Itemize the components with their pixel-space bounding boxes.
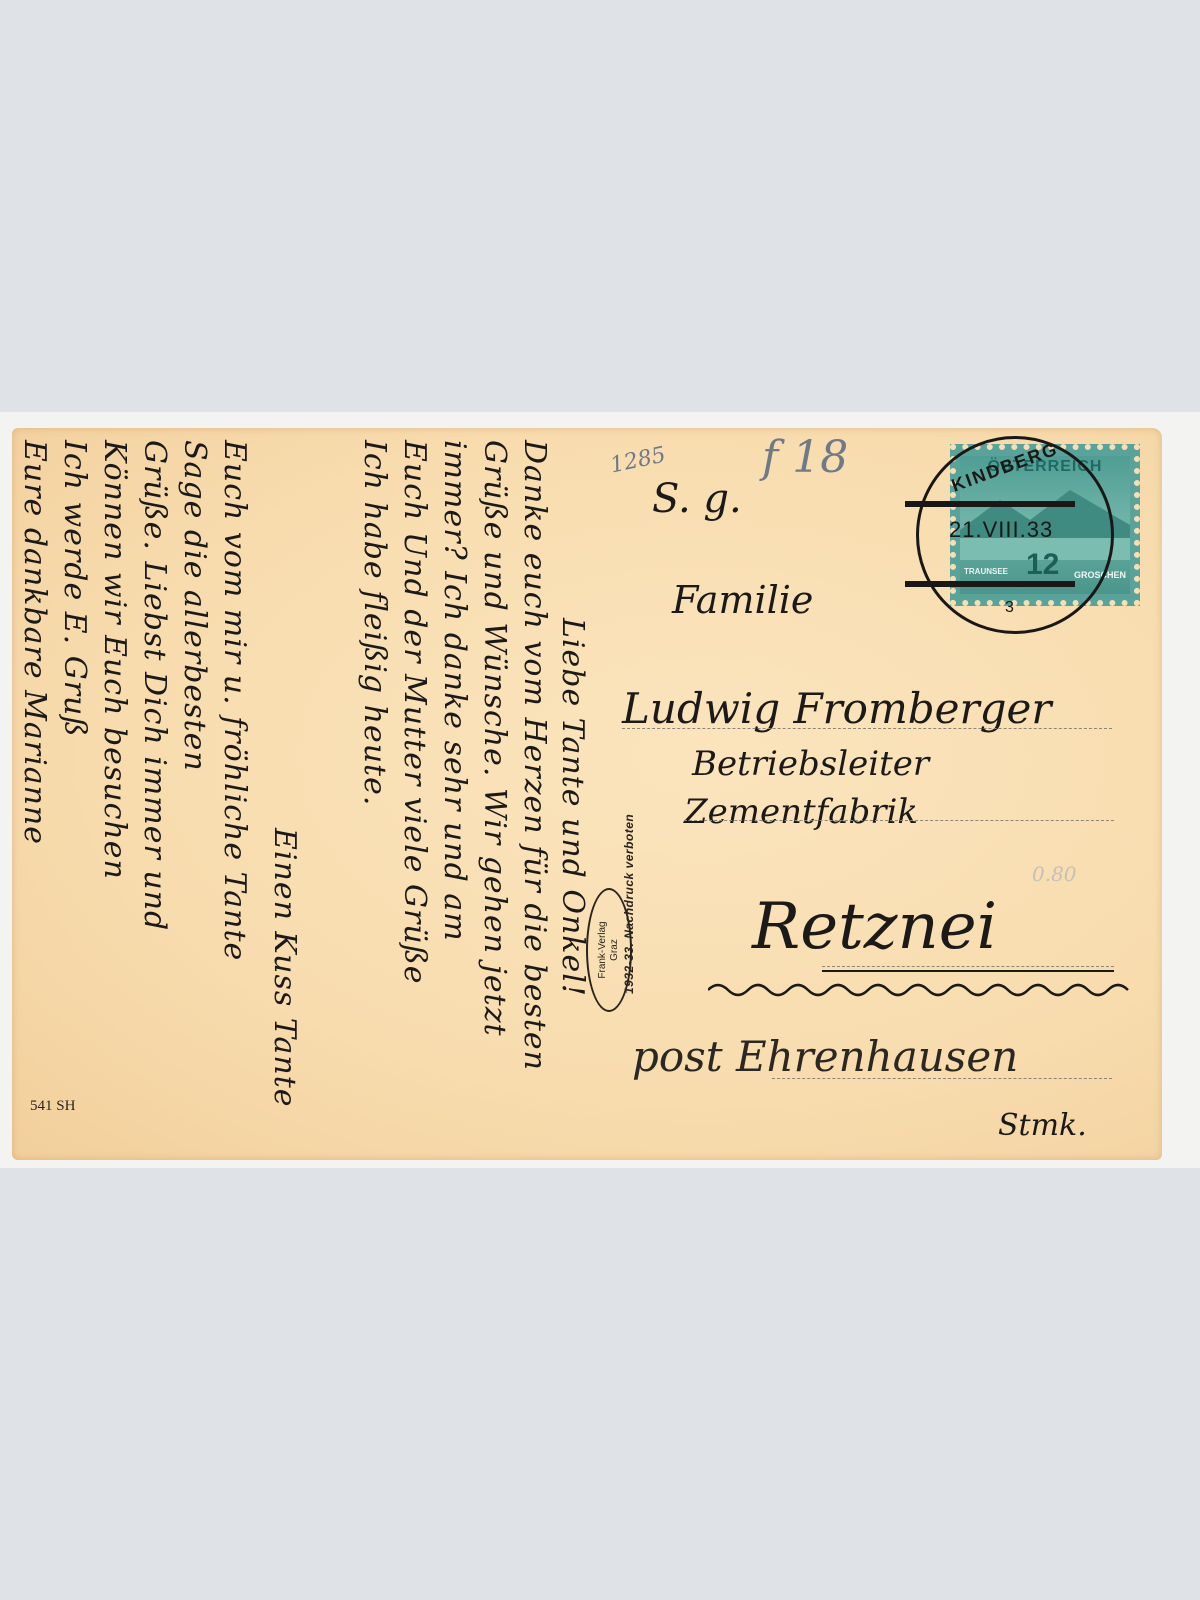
postmark-number: 3 bbox=[1005, 599, 1014, 617]
address-name: Ludwig Fromberger bbox=[622, 684, 1051, 733]
message-line: Sage die allerbesten bbox=[177, 440, 212, 772]
message-line: Liebe Tante und Onkel! bbox=[555, 618, 590, 997]
postmark-bar bbox=[905, 501, 1075, 507]
message-line: Grüße und Wünsche. Wir gehen jetzt bbox=[477, 440, 512, 1037]
message-line: Grüße. Liebst Dich immer und bbox=[137, 440, 172, 931]
address-family: Familie bbox=[672, 578, 813, 622]
message-line: immer? Ich danke sehr und am bbox=[437, 440, 472, 942]
address-town: Retznei bbox=[752, 890, 997, 964]
town-underline bbox=[822, 970, 1114, 972]
message-line: Können wir Euch besuchen bbox=[97, 440, 132, 880]
address-title: Betriebsleiter bbox=[692, 744, 929, 784]
publisher-city: Graz bbox=[609, 939, 621, 961]
address-line bbox=[822, 966, 1114, 967]
publisher-name: Frank-Verlag bbox=[597, 921, 609, 978]
postmark-bar bbox=[905, 581, 1075, 587]
address-line bbox=[622, 728, 1112, 729]
message-line: Ich habe fleißig heute. bbox=[357, 440, 392, 806]
message-line: Einen Kuss Tante bbox=[267, 828, 302, 1108]
address-workplace: Zementfabrik bbox=[684, 792, 918, 832]
wavy-underline bbox=[708, 976, 1138, 1002]
address-salutation: S. g. bbox=[652, 476, 742, 522]
postmark: KINDBERG 21.VIII.33 3 bbox=[916, 436, 1114, 634]
pencil-note-price: f 18 bbox=[762, 432, 848, 483]
pencil-note-faint: 0.80 bbox=[1032, 862, 1077, 886]
message-line: Euch Und der Mutter viele Grüße bbox=[397, 440, 432, 984]
address-line bbox=[684, 820, 1114, 821]
postmark-date: 21.VIII.33 bbox=[949, 517, 1053, 543]
publisher-logo: Frank-Verlag Graz bbox=[586, 888, 632, 1012]
card-number: 541 SH bbox=[30, 1098, 75, 1115]
address-region: Stmk. bbox=[998, 1108, 1087, 1143]
postcard: Liebe Tante und Onkel! Danke euch vom He… bbox=[12, 428, 1162, 1160]
message-line: Euch vom mir u. fröhliche Tante bbox=[217, 440, 252, 961]
address-post-office: post Ehrenhausen bbox=[632, 1032, 1018, 1081]
message-line: Eure dankbare Marianne bbox=[17, 440, 52, 845]
address-line bbox=[772, 1078, 1112, 1079]
pencil-note-inventory: 1285 bbox=[608, 442, 668, 478]
message-line: Danke euch vom Herzen für die besten bbox=[517, 440, 552, 1071]
message-line: Ich werde E. Gruß bbox=[57, 440, 92, 737]
